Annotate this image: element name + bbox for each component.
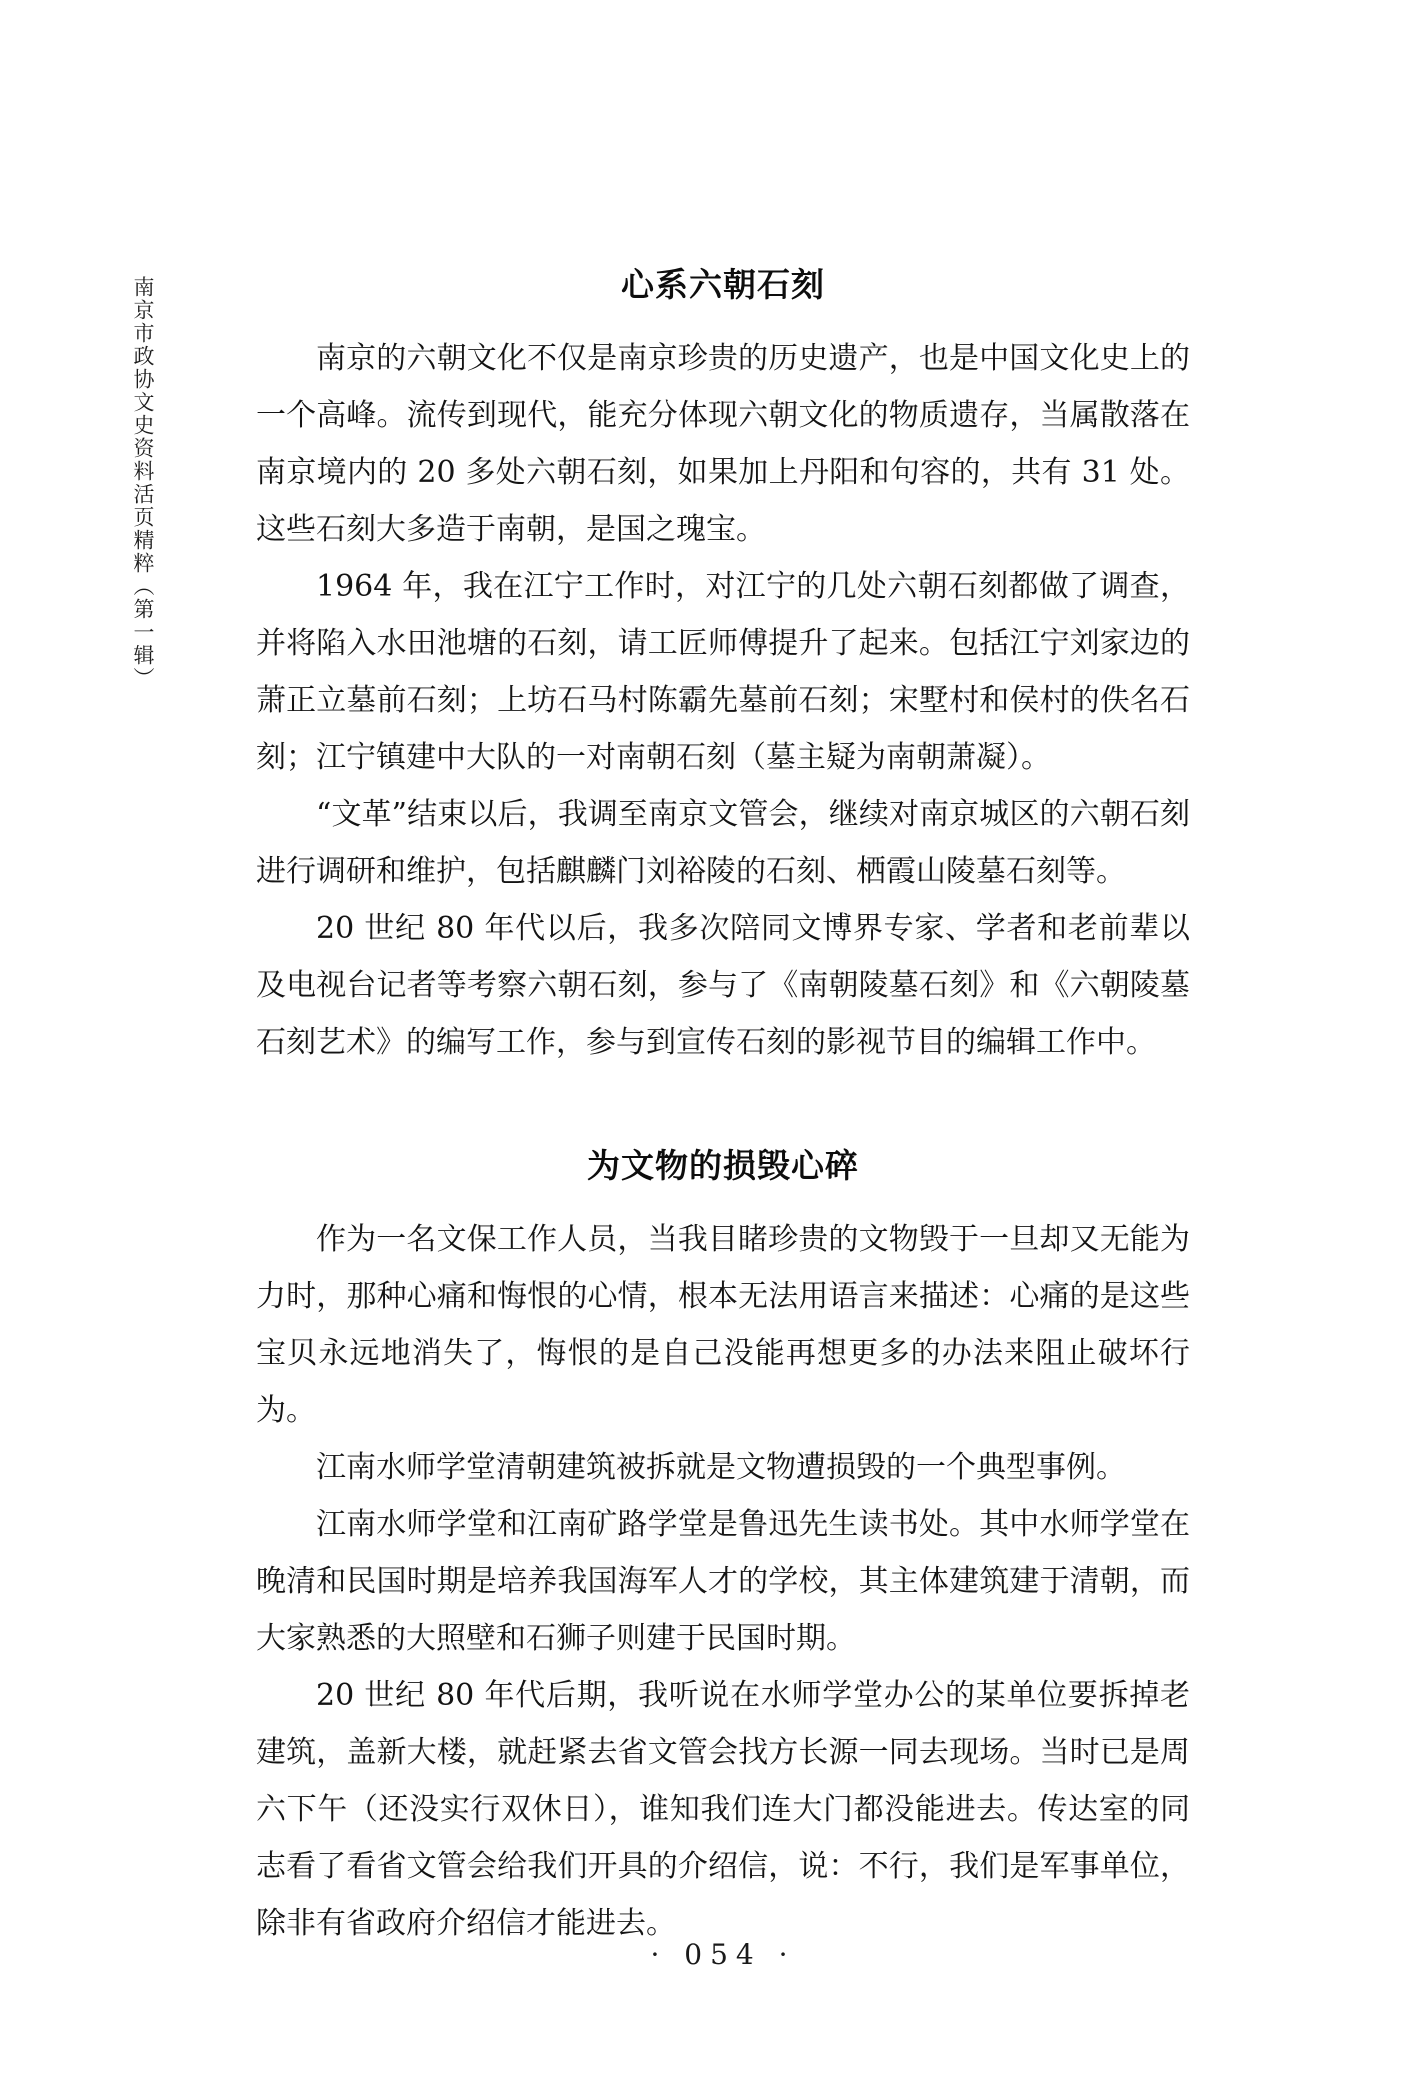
paragraph: 1964 年，我在江宁工作时，对江宁的几处六朝石刻都做了调查，并将陷入水田池塘的… xyxy=(256,558,1190,786)
paragraph: 江南水师学堂和江南矿路学堂是鲁迅先生读书处。其中水师学堂在晚清和民国时期是培养我… xyxy=(256,1496,1190,1667)
paragraph: “文革”结束以后，我调至南京文管会，继续对南京城区的六朝石刻进行调研和维护，包括… xyxy=(256,786,1190,900)
paragraph: 江南水师学堂清朝建筑被拆就是文物遭损毁的一个典型事例。 xyxy=(256,1439,1190,1496)
paragraph: 作为一名文保工作人员，当我目睹珍贵的文物毁于一旦却又无能为力时，那种心痛和悔恨的… xyxy=(256,1211,1190,1439)
paragraph: 20 世纪 80 年代后期，我听说在水师学堂办公的某单位要拆掉老建筑，盖新大楼，… xyxy=(256,1667,1190,1952)
section-title-heartbroken-over-relics: 为文物的损毁心碎 xyxy=(256,1143,1190,1189)
document-page: 南京市政协文史资料活页精粹（第一辑） 心系六朝石刻 南京的六朝文化不仅是南京珍贵… xyxy=(0,0,1426,2095)
paragraph: 20 世纪 80 年代以后，我多次陪同文博界专家、学者和老前辈以及电视台记者等考… xyxy=(256,900,1190,1071)
page-number: · 054 · xyxy=(256,1938,1190,1971)
section-title-six-dynasties-carvings: 心系六朝石刻 xyxy=(256,262,1190,308)
spine-title: 南京市政协文史资料活页精粹（第一辑） xyxy=(128,276,158,690)
paragraph: 南京的六朝文化不仅是南京珍贵的历史遗产，也是中国文化史上的一个高峰。流传到现代，… xyxy=(256,330,1190,558)
main-text-column: 心系六朝石刻 南京的六朝文化不仅是南京珍贵的历史遗产，也是中国文化史上的一个高峰… xyxy=(256,262,1190,1952)
